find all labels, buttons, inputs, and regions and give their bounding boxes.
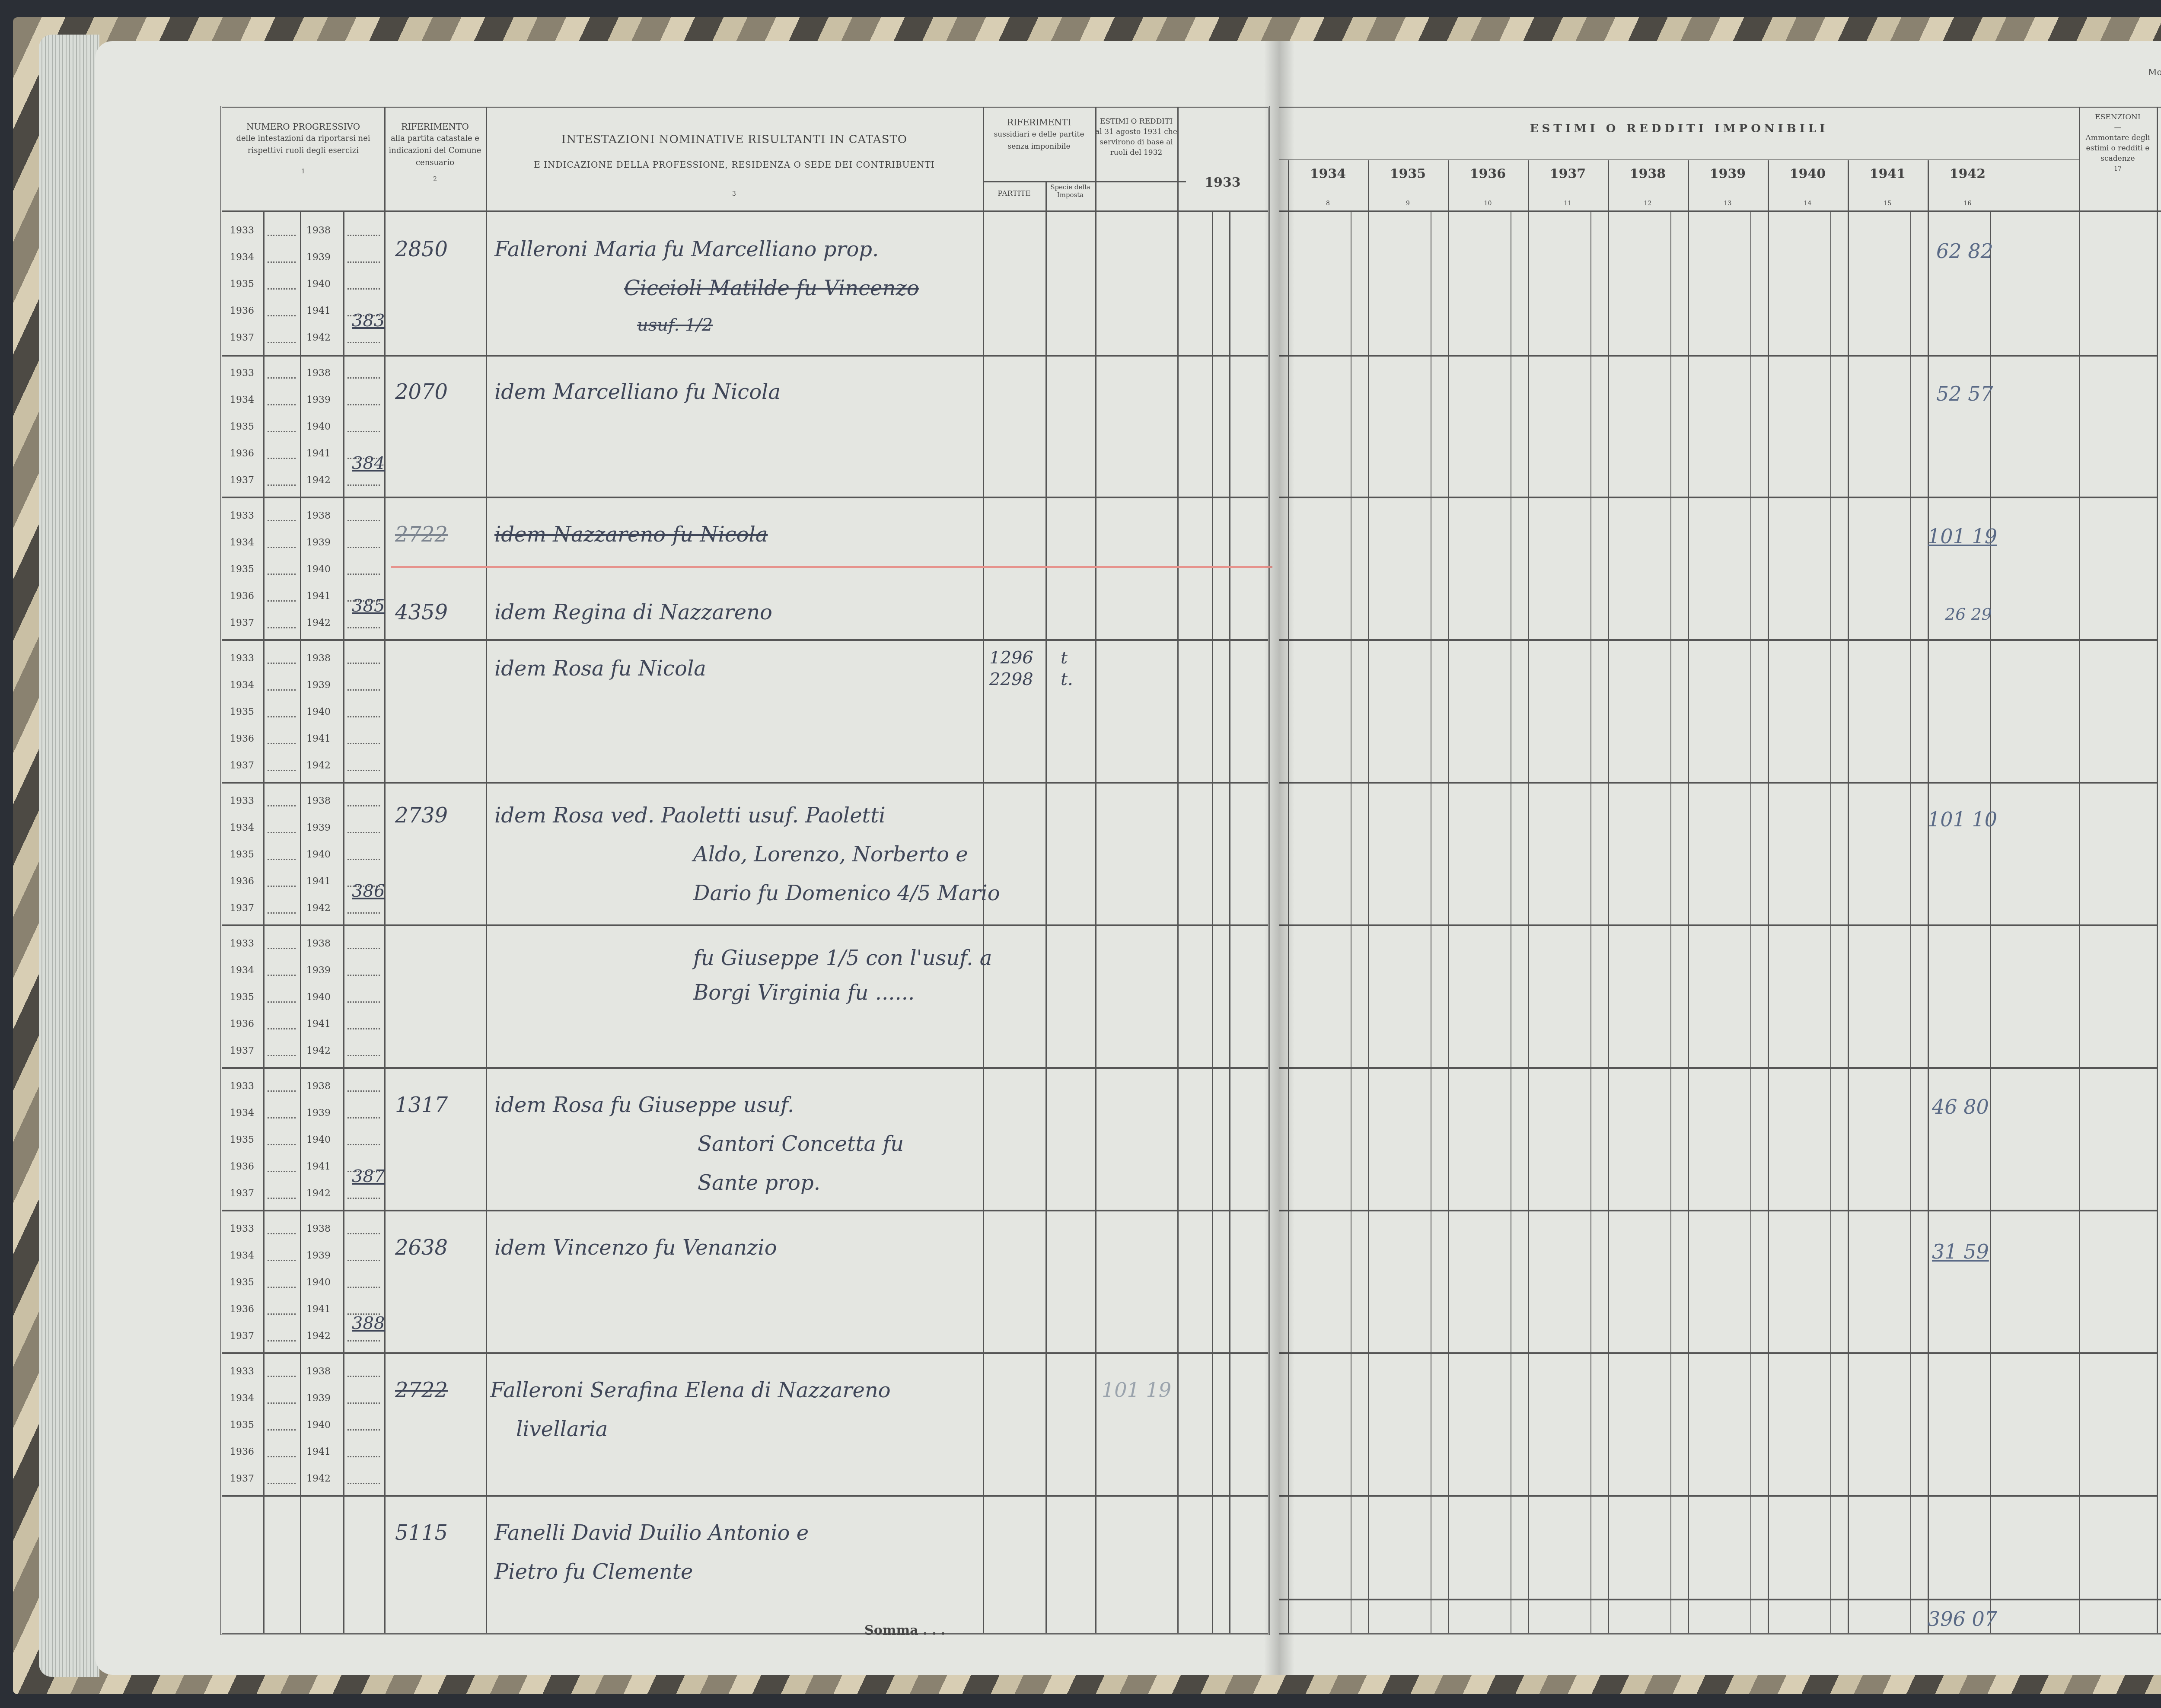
year-header: 1935 [1368, 168, 1448, 180]
year-label: 1933 [230, 1081, 254, 1092]
dotted-rule [347, 431, 380, 432]
left-page: NUMERO PROGRESSIVO delle intestazioni da… [95, 41, 1279, 1675]
amount-1941: 101 10 [1928, 808, 1997, 831]
year-label: 1933 [230, 1366, 254, 1377]
dotted-rule [347, 288, 380, 290]
year-header: 1938 [1608, 168, 1688, 180]
year-label: 1935 [230, 1420, 254, 1431]
sub-header-rule [1279, 159, 2079, 161]
dotted-rule [347, 404, 380, 405]
entry-line: Aldo, Lorenzo, Norberto e [693, 842, 968, 867]
entry-separator [222, 1210, 1268, 1211]
year-label: 1933 [230, 368, 254, 379]
col6-subtitle: al 31 agosto 1931 che servirono di base … [1095, 127, 1177, 158]
estimi-group-title: ESTIMI O REDDITI IMPONIBILI [1279, 123, 2079, 135]
dotted-rule [347, 1144, 380, 1145]
dotted-rule [347, 912, 380, 914]
entry-line: Pietro fu Clemente [494, 1560, 693, 1584]
amount-1941: 101 19 [1928, 525, 1997, 548]
year-header: 1937 [1528, 168, 1608, 180]
dotted-rule [347, 663, 380, 664]
col-number: 11 [1528, 198, 1608, 210]
year-label: 1940 [306, 564, 331, 575]
dotted-rule [268, 1483, 296, 1484]
dotted-rule [268, 716, 296, 717]
cents-divider [1910, 212, 1911, 1633]
cents-divider [1511, 212, 1511, 1633]
year-label: 1936 [230, 1019, 254, 1029]
total-rule [1279, 1599, 2161, 1600]
entry-separator [1279, 924, 2157, 926]
dotted-rule [347, 975, 380, 976]
year-label: 1942 [306, 1188, 331, 1199]
cents-divider [1590, 212, 1591, 1633]
amount-1941: 46 80 [1932, 1095, 1989, 1118]
col7-title: 1933 [1205, 175, 1241, 190]
year-label: 1935 [230, 849, 254, 860]
col-number: 9 [1368, 198, 1448, 210]
esenzioni-subtitle: Ammontare degli estimi o redditi e scade… [2079, 133, 2157, 164]
dotted-rule [268, 377, 296, 379]
header-rule [222, 210, 1268, 212]
entry-line: Santori Concetta fu [698, 1132, 904, 1156]
col-number: 16 [1928, 198, 2008, 210]
dotted-rule [268, 261, 296, 263]
col-divider [2079, 108, 2080, 1633]
year-label: 1940 [306, 279, 331, 290]
progressive-number: 388 [352, 1313, 385, 1333]
entry-separator [1279, 1352, 2157, 1354]
col1-title: NUMERO PROGRESSIVO [222, 121, 384, 133]
col-divider [1448, 160, 1449, 1633]
amount-1941: 62 82 [1936, 239, 1993, 263]
dotted-rule [347, 1055, 380, 1056]
year-label: 1933 [230, 796, 254, 806]
year-label: 1934 [230, 1250, 254, 1261]
year-label: 1941 [306, 306, 331, 316]
dotted-rule [347, 743, 380, 744]
year-label: 1939 [306, 1250, 331, 1261]
year-label: 1939 [306, 395, 331, 405]
partita-number: 2638 [395, 1236, 448, 1260]
year-label: 1941 [306, 448, 331, 459]
year-label: 1940 [306, 849, 331, 860]
entry-line: idem Regina di Nazzareno [494, 600, 772, 625]
entry-separator [1279, 1495, 2157, 1497]
year-label: 1942 [306, 332, 331, 343]
year-label: 1936 [230, 1161, 254, 1172]
year-label: 1933 [230, 225, 254, 236]
year-label: 1936 [230, 1304, 254, 1315]
dotted-rule [268, 948, 296, 949]
dotted-rule [268, 1001, 296, 1003]
dotted-rule [347, 1429, 380, 1431]
col-divider [343, 212, 344, 1633]
dotted-rule [268, 547, 296, 548]
year-label: 1939 [306, 252, 331, 263]
year-label: 1937 [230, 1188, 254, 1199]
year-label: 1933 [230, 510, 254, 521]
dotted-rule [268, 886, 296, 887]
estimi-1932-value: 101 19 [1102, 1378, 1171, 1402]
entry-separator [1279, 355, 2157, 357]
year-label: 1942 [306, 618, 331, 628]
annotazioni-title: ANNOTAZIONI [2157, 134, 2161, 146]
dotted-rule [347, 377, 380, 379]
col1-number: 1 [222, 166, 384, 178]
year-label: 1939 [306, 965, 331, 976]
annotazioni-header: ANNOTAZIONI 18 [2157, 134, 2161, 210]
dotted-rule [347, 1340, 380, 1342]
year-label: 1938 [306, 1081, 331, 1092]
dotted-rule [268, 975, 296, 976]
col-divider [1045, 181, 1047, 1633]
cents-divider [1351, 212, 1351, 1633]
entry-line: livellaria [516, 1417, 608, 1441]
partita-number-struck: 2722 [395, 523, 448, 547]
amount-1941: 31 59 [1932, 1240, 1989, 1263]
year-label: 1941 [306, 1447, 331, 1457]
col2-header: RIFERIMENTO alla partita catastale e ind… [384, 121, 486, 185]
dotted-rule [347, 1260, 380, 1261]
right-ledger-table: ESTIMI O REDDITI IMPONIBILI 193481935919… [1279, 106, 2161, 1635]
entry-separator [222, 1067, 1268, 1069]
year-label: 1942 [306, 1473, 331, 1484]
year-header: 1936 [1448, 168, 1528, 180]
year-label: 1938 [306, 653, 331, 664]
entry-separator [222, 639, 1268, 641]
year-label: 1941 [306, 1019, 331, 1029]
entry-line-struck: idem Nazzareno fu Nicola [494, 523, 768, 547]
dotted-rule [347, 805, 380, 806]
entry-separator [1279, 639, 2157, 641]
entry-separator [222, 924, 1268, 926]
year-label: 1934 [230, 1393, 254, 1404]
year-label: 1933 [230, 938, 254, 949]
year-label: 1941 [306, 1161, 331, 1172]
dotted-rule [347, 547, 380, 548]
dotted-rule [268, 1429, 296, 1431]
dotted-rule [268, 1055, 296, 1056]
entry-line: Borgi Virginia fu ...... [693, 981, 915, 1005]
col-number: 10 [1448, 198, 1528, 210]
partita-number-struck: 2722 [395, 1378, 448, 1402]
dotted-rule [268, 1313, 296, 1315]
col-number: 14 [1768, 198, 1848, 210]
partita-number: 1317 [395, 1093, 448, 1117]
dotted-rule [268, 458, 296, 459]
dotted-rule [268, 431, 296, 432]
col5-title: Specie della Imposta [1050, 183, 1090, 199]
partita-number: 2850 [395, 237, 448, 261]
year-label: 1942 [306, 1045, 331, 1056]
year-label: 1940 [306, 992, 331, 1003]
col-number: 12 [1608, 198, 1688, 210]
dotted-rule [268, 859, 296, 860]
entry-line: usuf. 1/2 [637, 315, 713, 335]
amount-1941: 26 29 [1945, 605, 1992, 624]
year-label: 1941 [306, 733, 331, 744]
dotted-rule [268, 1376, 296, 1377]
year-label: 1938 [306, 1224, 331, 1234]
right-page: Mod. 111 - Imposte Dirette (Intercalare)… [1279, 41, 2161, 1675]
dotted-rule [268, 832, 296, 833]
dotted-rule [347, 1402, 380, 1404]
col-divider [1528, 160, 1529, 1633]
col45-title: RIFERIMENTI [983, 116, 1095, 128]
col-divider [1095, 108, 1096, 1633]
cents-divider [1750, 212, 1751, 1633]
dotted-rule [268, 288, 296, 290]
year-label: 1937 [230, 903, 254, 914]
entry-separator [1279, 782, 2157, 784]
year-label: 1939 [306, 1393, 331, 1404]
dotted-rule [268, 1233, 296, 1234]
book-gutter [1264, 41, 1294, 1675]
page-edges-left [39, 35, 99, 1677]
dotted-rule [347, 948, 380, 949]
col-divider [1177, 108, 1179, 1633]
col3-header: INTESTAZIONI NOMINATIVE RISULTANTI IN CA… [486, 134, 983, 200]
year-label: 1935 [230, 564, 254, 575]
col3-title: INTESTAZIONI NOMINATIVE RISULTANTI IN CA… [486, 134, 983, 146]
col2-title: RIFERIMENTO [384, 121, 486, 133]
year-label: 1934 [230, 395, 254, 405]
dotted-rule [347, 1376, 380, 1377]
entry-line: Sante prop. [698, 1171, 820, 1195]
entry-line: idem Marcelliano fu Nicola [494, 380, 781, 404]
entry-separator [1279, 1210, 2157, 1211]
col1-header: NUMERO PROGRESSIVO delle intestazioni da… [222, 121, 384, 178]
progressive-number: 383 [352, 311, 385, 331]
dotted-rule [268, 404, 296, 405]
specie-ref: t. [1061, 669, 1073, 689]
partita-number: 4359 [395, 600, 448, 625]
year-label: 1935 [230, 279, 254, 290]
dotted-rule [347, 770, 380, 771]
year-label: 1934 [230, 965, 254, 976]
dotted-rule [347, 342, 380, 343]
year-label: 1938 [306, 510, 331, 521]
year-label: 1941 [306, 591, 331, 602]
dotted-rule [268, 1117, 296, 1118]
dotted-rule [268, 1171, 296, 1172]
dotted-rule [347, 1001, 380, 1003]
entry-line: idem Rosa ved. Paoletti usuf. Paoletti [494, 803, 886, 828]
year-label: 1937 [230, 760, 254, 771]
year-label: 1940 [306, 421, 331, 432]
dotted-rule [268, 770, 296, 771]
dotted-rule [347, 689, 380, 691]
somma-label: Somma . . . [864, 1623, 945, 1638]
dotted-rule [347, 627, 380, 628]
progressive-number: 386 [352, 881, 385, 901]
esenzioni-title: ESENZIONI [2079, 112, 2157, 122]
dotted-rule [268, 315, 296, 316]
dotted-rule [347, 1456, 380, 1457]
dotted-rule [347, 261, 380, 263]
cents-divider [1830, 212, 1831, 1633]
year-label: 1936 [230, 591, 254, 602]
year-label: 1935 [230, 992, 254, 1003]
entry-line: Falleroni Maria fu Marcelliano prop. [494, 237, 879, 261]
year-label: 1937 [230, 618, 254, 628]
dotted-rule [347, 1483, 380, 1484]
year-label: 1935 [230, 707, 254, 717]
year-label: 1939 [306, 680, 331, 691]
year-label: 1935 [230, 1134, 254, 1145]
year-label: 1934 [230, 1108, 254, 1118]
left-ledger-table: NUMERO PROGRESSIVO delle intestazioni da… [220, 106, 1270, 1635]
col45-subtitle: sussidiari e delle partite senza imponib… [983, 128, 1095, 153]
dotted-rule [268, 520, 296, 521]
entry-line: idem Vincenzo fu Venanzio [494, 1236, 777, 1260]
entry-line: idem Rosa fu Giuseppe usuf. [494, 1093, 794, 1117]
cents-divider [1990, 212, 1991, 1633]
dotted-rule [268, 663, 296, 664]
entry-separator [222, 1352, 1268, 1354]
entry-line: idem Rosa fu Nicola [494, 656, 706, 681]
entry-separator [222, 497, 1268, 498]
col-divider [1928, 160, 1929, 1633]
col-divider [1608, 160, 1609, 1633]
dotted-rule [268, 1456, 296, 1457]
year-label: 1936 [230, 306, 254, 316]
dotted-rule [268, 1028, 296, 1029]
year-label: 1938 [306, 796, 331, 806]
col6-title: ESTIMI O REDDITI [1095, 116, 1177, 127]
year-label: 1942 [306, 1331, 331, 1342]
year-label: 1936 [230, 876, 254, 887]
entry-separator [222, 1495, 1268, 1497]
amount-1941: 52 57 [1936, 382, 1993, 405]
col4-title: PARTITE [998, 189, 1030, 198]
entry-separator [222, 355, 1268, 357]
partite-ref: 1296 [989, 648, 1033, 668]
sub-header-rule [983, 181, 1186, 182]
year-label: 1938 [306, 1366, 331, 1377]
dotted-rule [347, 1198, 380, 1199]
partite-ref: 2298 [989, 669, 1033, 689]
year-label: 1934 [230, 252, 254, 263]
col-divider [1848, 160, 1849, 1633]
col-divider [1229, 212, 1230, 1633]
red-correction-line [391, 566, 1272, 568]
dotted-rule [268, 1144, 296, 1145]
year-label: 1940 [306, 1277, 331, 1288]
col2-number: 2 [384, 173, 486, 185]
dotted-rule [347, 1028, 380, 1029]
entry-line: Ciccioli Matilde fu Vincenzo [624, 276, 919, 300]
dotted-rule [347, 1233, 380, 1234]
cents-divider [1431, 212, 1431, 1633]
dotted-rule [268, 235, 296, 236]
dotted-rule [347, 1287, 380, 1288]
partita-number: 2070 [395, 380, 448, 404]
dotted-rule [268, 805, 296, 806]
year-label: 1938 [306, 368, 331, 379]
col-number: 13 [1688, 198, 1768, 210]
dotted-rule [347, 484, 380, 486]
dotted-rule [268, 1198, 296, 1199]
year-label: 1939 [306, 537, 331, 548]
col6-header: ESTIMI O REDDITI al 31 agosto 1931 che s… [1095, 116, 1177, 158]
year-header: 1941 [1848, 168, 1928, 180]
dotted-rule [268, 1090, 296, 1092]
col7-header: 1933 [1177, 177, 1268, 189]
col2-subtitle: alla partita catastale e indicazioni del… [384, 133, 486, 169]
esenzioni-number: 17 [2079, 164, 2157, 174]
year-label: 1939 [306, 822, 331, 833]
year-header: 1940 [1768, 168, 1848, 180]
year-label: 1941 [306, 1304, 331, 1315]
specie-ref: t [1061, 648, 1068, 668]
col-divider [1212, 212, 1213, 1633]
dotted-rule [347, 520, 380, 521]
year-label: 1934 [230, 680, 254, 691]
year-label: 1933 [230, 1224, 254, 1234]
dotted-rule [268, 600, 296, 602]
progressive-number: 387 [352, 1166, 385, 1186]
year-label: 1941 [306, 876, 331, 887]
year-label: 1942 [306, 475, 331, 486]
year-label: 1937 [230, 1331, 254, 1342]
dotted-rule [347, 574, 380, 575]
col-divider [300, 212, 301, 1633]
year-label: 1937 [230, 1473, 254, 1484]
dotted-rule [268, 689, 296, 691]
col-divider [2157, 108, 2158, 1633]
partita-number: 5115 [395, 1521, 448, 1545]
col-divider [384, 108, 386, 1633]
dotted-rule [268, 342, 296, 343]
col-divider [263, 212, 265, 1633]
year-label: 1938 [306, 938, 331, 949]
col-number: 8 [1288, 198, 1368, 210]
col3-number: 3 [486, 188, 983, 200]
dotted-rule [268, 1402, 296, 1404]
year-label: 1935 [230, 421, 254, 432]
entry-separator [1279, 497, 2157, 498]
entry-separator [1279, 1067, 2157, 1069]
dotted-rule [268, 574, 296, 575]
year-label: 1936 [230, 1447, 254, 1457]
dotted-rule [347, 235, 380, 236]
col5-header: Specie della Imposta [1045, 183, 1095, 199]
dotted-rule [347, 1117, 380, 1118]
entry-line: fu Giuseppe 1/5 con l'usuf. a [693, 946, 992, 970]
dotted-rule [347, 1090, 380, 1092]
year-header: 1939 [1688, 168, 1768, 180]
dotted-rule [268, 743, 296, 744]
year-label: 1934 [230, 822, 254, 833]
header-rule [1279, 210, 2161, 212]
col-number: 15 [1848, 198, 1928, 210]
entry-line: Fanelli David Duilio Antonio e [494, 1521, 809, 1545]
entry-line: Dario fu Domenico 4/5 Mario [693, 881, 1000, 905]
year-label: 1933 [230, 653, 254, 664]
year-label: 1938 [306, 225, 331, 236]
dotted-rule [268, 1260, 296, 1261]
dotted-rule [268, 1287, 296, 1288]
col-divider [1768, 160, 1769, 1633]
form-model: Mod. 111 - Imposte Dirette (Intercalare)… [2148, 67, 2161, 77]
entry-line: Falleroni Serafina Elena di Nazzareno [490, 1378, 891, 1402]
year-label: 1937 [230, 475, 254, 486]
year-label: 1940 [306, 707, 331, 717]
year-label: 1936 [230, 733, 254, 744]
dotted-rule [268, 912, 296, 914]
